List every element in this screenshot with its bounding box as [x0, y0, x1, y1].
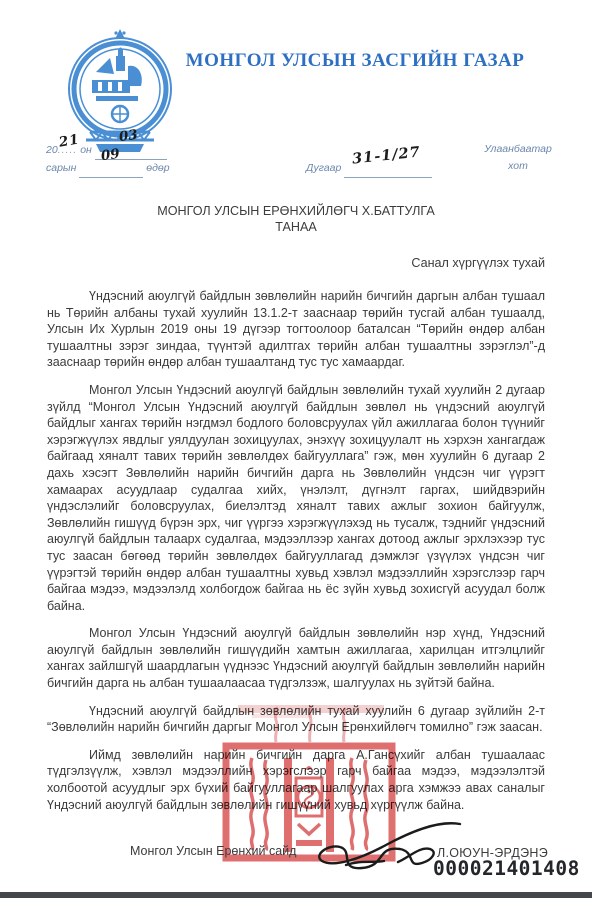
paragraph-3: Монгол Улсын Үндэсний аюулгүй байдлын зө…: [47, 625, 545, 691]
day-line: 09: [79, 160, 143, 178]
city-line1: Улаанбаатар: [468, 141, 568, 158]
addressee-line2: ТАНАА: [47, 219, 545, 235]
addressee-line1: МОНГОЛ УЛСЫН ЕРӨНХИЙЛӨГЧ Х.БАТТУЛГА: [47, 203, 545, 219]
handwritten-year: 21: [57, 131, 80, 151]
handwritten-day: 09: [100, 146, 121, 165]
date-line-day: сарын 09 өдөр: [46, 160, 256, 178]
year-label: он: [80, 144, 92, 156]
paragraph-2: Монгол Улсын Үндэсний аюулгүй байдлын зө…: [47, 382, 545, 614]
addressee-block: МОНГОЛ УЛСЫН ЕРӨНХИЙЛӨГЧ Х.БАТТУЛГА ТАНА…: [47, 203, 545, 235]
date-line-year: 20.....21 он 03: [46, 142, 256, 160]
date-block: 20.....21 он 03 сарын 09 өдөр: [46, 142, 256, 178]
number-block: Дугаар 31-1/27: [306, 160, 432, 178]
scan-edge: [0, 892, 592, 898]
number-line: 31-1/27: [344, 160, 432, 178]
paragraph-1: Үндэсний аюулгүй байдлын зөвлөлийн нарий…: [47, 288, 545, 371]
month-label: сарын: [46, 162, 76, 174]
day-label: өдөр: [146, 162, 169, 174]
year-prefix: 20: [46, 144, 58, 156]
handwritten-number: 31-1/27: [352, 143, 422, 167]
year-dots: .....21: [58, 142, 78, 159]
subject-line: Санал хүргүүлэх тухай: [47, 256, 545, 270]
signer-title: Монгол Улсын Ерөнхий сайд: [130, 844, 296, 858]
registration-number: 000021401408: [433, 857, 580, 880]
city-line2: хот: [468, 158, 568, 175]
number-label: Дугаар: [306, 162, 341, 174]
handwritten-month: 03: [118, 127, 139, 146]
city-block: Улаанбаатар хот: [468, 141, 568, 175]
org-title: МОНГОЛ УЛСЫН ЗАСГИЙН ГАЗАР: [180, 50, 530, 72]
